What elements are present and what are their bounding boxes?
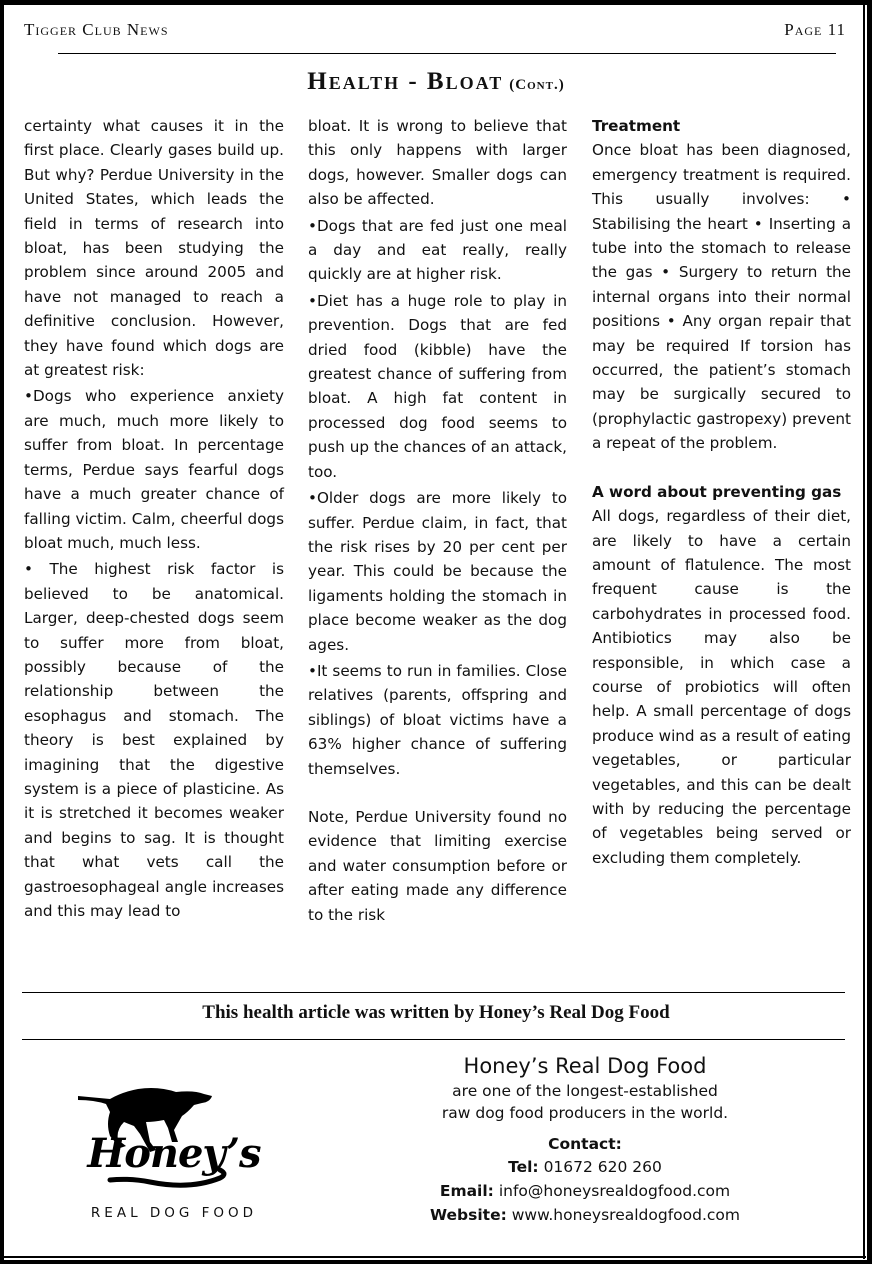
bullet-item: •It seems to run in families. Close rela…	[308, 659, 567, 781]
contact-website: Website: www.honeysrealdogfood.com	[415, 1203, 755, 1227]
gas-paragraph: All dogs, regardless of their diet, are …	[592, 504, 851, 870]
page-border-inner-right	[863, 5, 865, 1259]
contact-block: Honey’s Real Dog Food are one of the lon…	[415, 1052, 755, 1227]
bullet-item: •Dogs that are fed just one meal a day a…	[308, 214, 567, 287]
note-paragraph: Note, Perdue University found no evidenc…	[308, 805, 567, 927]
treatment-heading: Treatment	[592, 114, 851, 138]
article-byline: This health article was written by Honey…	[0, 1002, 872, 1024]
page-title: Health - Bloat(Cont.)	[0, 68, 872, 96]
paragraph: certainty what causes it in the first pl…	[24, 114, 284, 382]
logo-tagline: REAL DOG FOOD	[76, 1205, 272, 1221]
article-column-2: bloat. It is wrong to believe that this …	[308, 114, 567, 927]
tel-label: Tel:	[508, 1158, 539, 1176]
contact-brand: Honey’s Real Dog Food	[415, 1052, 755, 1080]
tel-value: 01672 620 260	[544, 1158, 662, 1176]
contact-description-1: are one of the longest-established	[415, 1080, 755, 1102]
article-column-3: Treatment Once bloat has been diagnosed,…	[592, 114, 851, 870]
email-label: Email:	[440, 1182, 494, 1200]
article-column-1: certainty what causes it in the first pl…	[24, 114, 284, 923]
bullet-item: •Older dogs are more likely to suffer. P…	[308, 486, 567, 657]
publication-name: Tigger Club News	[24, 20, 169, 40]
page-border-bottom	[0, 1260, 872, 1264]
contact-description-2: raw dog food producers in the world.	[415, 1102, 755, 1124]
byline-divider-bottom	[22, 1039, 845, 1040]
contact-heading: Contact:	[415, 1133, 755, 1155]
contact-email: Email: info@honeysrealdogfood.com	[415, 1179, 755, 1203]
website-link[interactable]: www.honeysrealdogfood.com	[512, 1206, 740, 1224]
byline-divider-top	[22, 992, 845, 993]
gas-heading: A word about preventing gas	[592, 480, 851, 504]
page-number: Page 11	[784, 20, 846, 40]
email-link[interactable]: info@honeysrealdogfood.com	[499, 1182, 730, 1200]
page-border-right	[867, 0, 872, 1264]
header-divider	[58, 53, 836, 54]
contact-tel: Tel: 01672 620 260	[415, 1155, 755, 1179]
title-suffix: (Cont.)	[509, 77, 564, 93]
treatment-paragraph: Once bloat has been diagnosed, emergency…	[592, 138, 851, 455]
spacer	[308, 781, 567, 805]
logo-script-text: Honey’s	[84, 1130, 264, 1177]
title-main: Health - Bloat	[307, 68, 503, 95]
website-label: Website:	[430, 1206, 507, 1224]
bullet-item: •Dogs who experience anxiety are much, m…	[24, 384, 284, 555]
page-border-inner-bottom	[4, 1256, 866, 1258]
bullet-item: • The highest risk factor is believed to…	[24, 557, 284, 923]
spacer	[592, 456, 851, 480]
paragraph: bloat. It is wrong to believe that this …	[308, 114, 567, 212]
bullet-item: •Diet has a huge role to play in prevent…	[308, 289, 567, 484]
